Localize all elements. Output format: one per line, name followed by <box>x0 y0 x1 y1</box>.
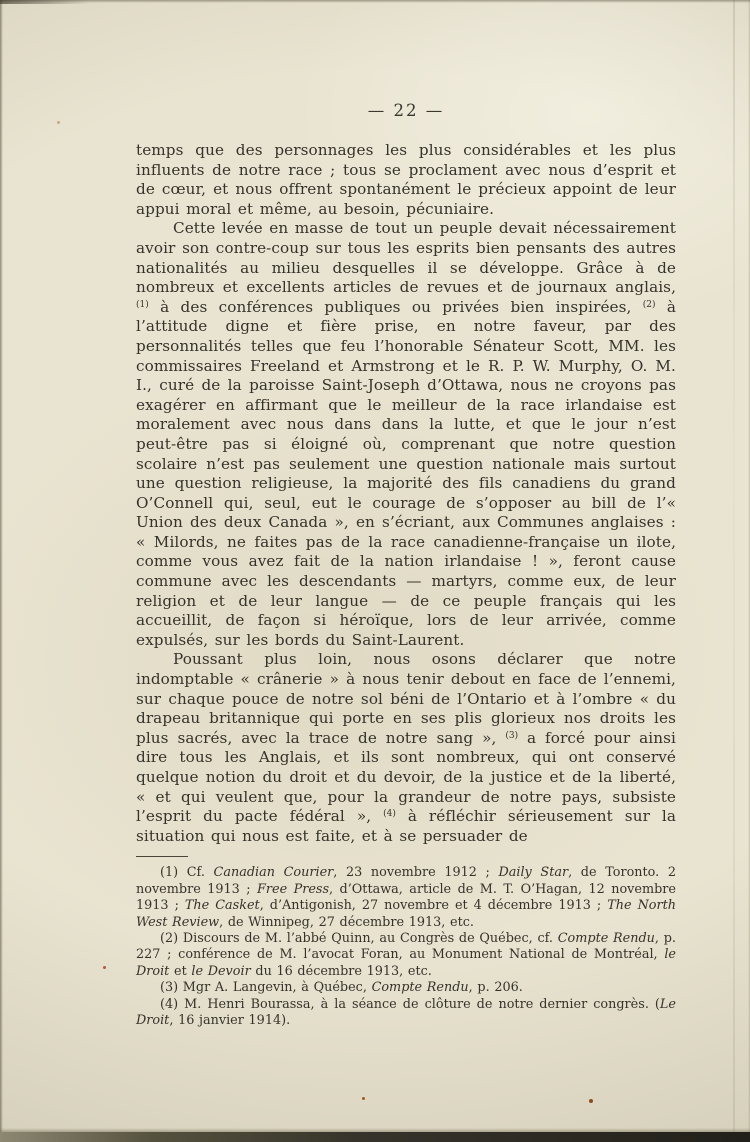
text-run: , 23 novembre 1912 ; <box>333 865 498 880</box>
footnote-ref: (1) <box>136 300 149 310</box>
text-run: , 16 janvier 1914). <box>169 1013 290 1028</box>
scan-edge-left <box>0 0 3 1142</box>
body-paragraph: Cette levée en masse de tout un peuple d… <box>136 219 676 650</box>
footnote-separator-rule <box>136 856 188 857</box>
text-run: Cette levée en masse de tout un peuple d… <box>136 219 676 296</box>
italic-text: le Devoir <box>191 964 250 979</box>
italic-text: Canadian Courier <box>214 865 334 880</box>
text-run: (2) Discours de M. l’abbé Quinn, au Cong… <box>160 931 558 946</box>
italic-text: Free Press <box>257 882 329 897</box>
italic-text: The Casket <box>185 898 260 913</box>
footnote: (3) Mgr A. Langevin, à Québec, Compte Re… <box>136 980 676 996</box>
body-text: temps que des personnages les plus consi… <box>136 141 676 846</box>
paper-speck <box>362 1097 365 1100</box>
footnote: (1) Cf. Canadian Courier, 23 novembre 19… <box>136 865 676 931</box>
italic-text: Daily Star <box>498 865 568 880</box>
footnotes: (1) Cf. Canadian Courier, 23 novembre 19… <box>136 865 676 1029</box>
scan-corner-shadow <box>0 0 90 4</box>
text-run: , de Winnipeg, 27 décembre 1913, etc. <box>219 915 474 930</box>
footnote-ref: (4) <box>383 809 396 819</box>
footnote-ref: (3) <box>505 731 518 741</box>
paper-crease <box>733 0 735 1142</box>
text-run: du 16 décembre 1913, etc. <box>251 964 432 979</box>
page-number: — 22 — <box>136 101 676 120</box>
text-run: à des conférences publiques ou privées b… <box>149 298 643 316</box>
text-run: (1) Cf. <box>160 865 214 880</box>
paper-speck <box>103 966 106 969</box>
text-run: , d’Antigonish, 27 novembre et 4 décembr… <box>260 898 608 913</box>
text-run: temps que des personnages les plus consi… <box>136 141 676 218</box>
text-run: (4) M. Henri Bourassa, à la séance de cl… <box>160 997 660 1012</box>
scan-edge-top <box>0 0 750 3</box>
paper-speck <box>589 1099 593 1103</box>
footnote-ref: (2) <box>643 300 656 310</box>
text-run: à l’attitude digne et fière prise, en no… <box>136 298 676 649</box>
body-paragraph: temps que des personnages les plus consi… <box>136 141 676 219</box>
text-run: , p. 206. <box>469 980 523 995</box>
paper-speck <box>57 121 60 124</box>
text-column: — 22 — temps que des personnages les plu… <box>136 101 676 1029</box>
italic-text: Compte Rendu <box>558 931 655 946</box>
scan-edge-bottom <box>0 1132 750 1142</box>
footnote: (4) M. Henri Bourassa, à la séance de cl… <box>136 997 676 1030</box>
body-paragraph: Poussant plus loin, nous osons déclarer … <box>136 650 676 846</box>
text-run: et <box>169 964 191 979</box>
footnote: (2) Discours de M. l’abbé Quinn, au Cong… <box>136 931 676 980</box>
text-run: (3) Mgr A. Langevin, à Québec, <box>160 980 372 995</box>
italic-text: Compte Rendu <box>372 980 469 995</box>
scanned-page: — 22 — temps que des personnages les plu… <box>0 0 750 1142</box>
